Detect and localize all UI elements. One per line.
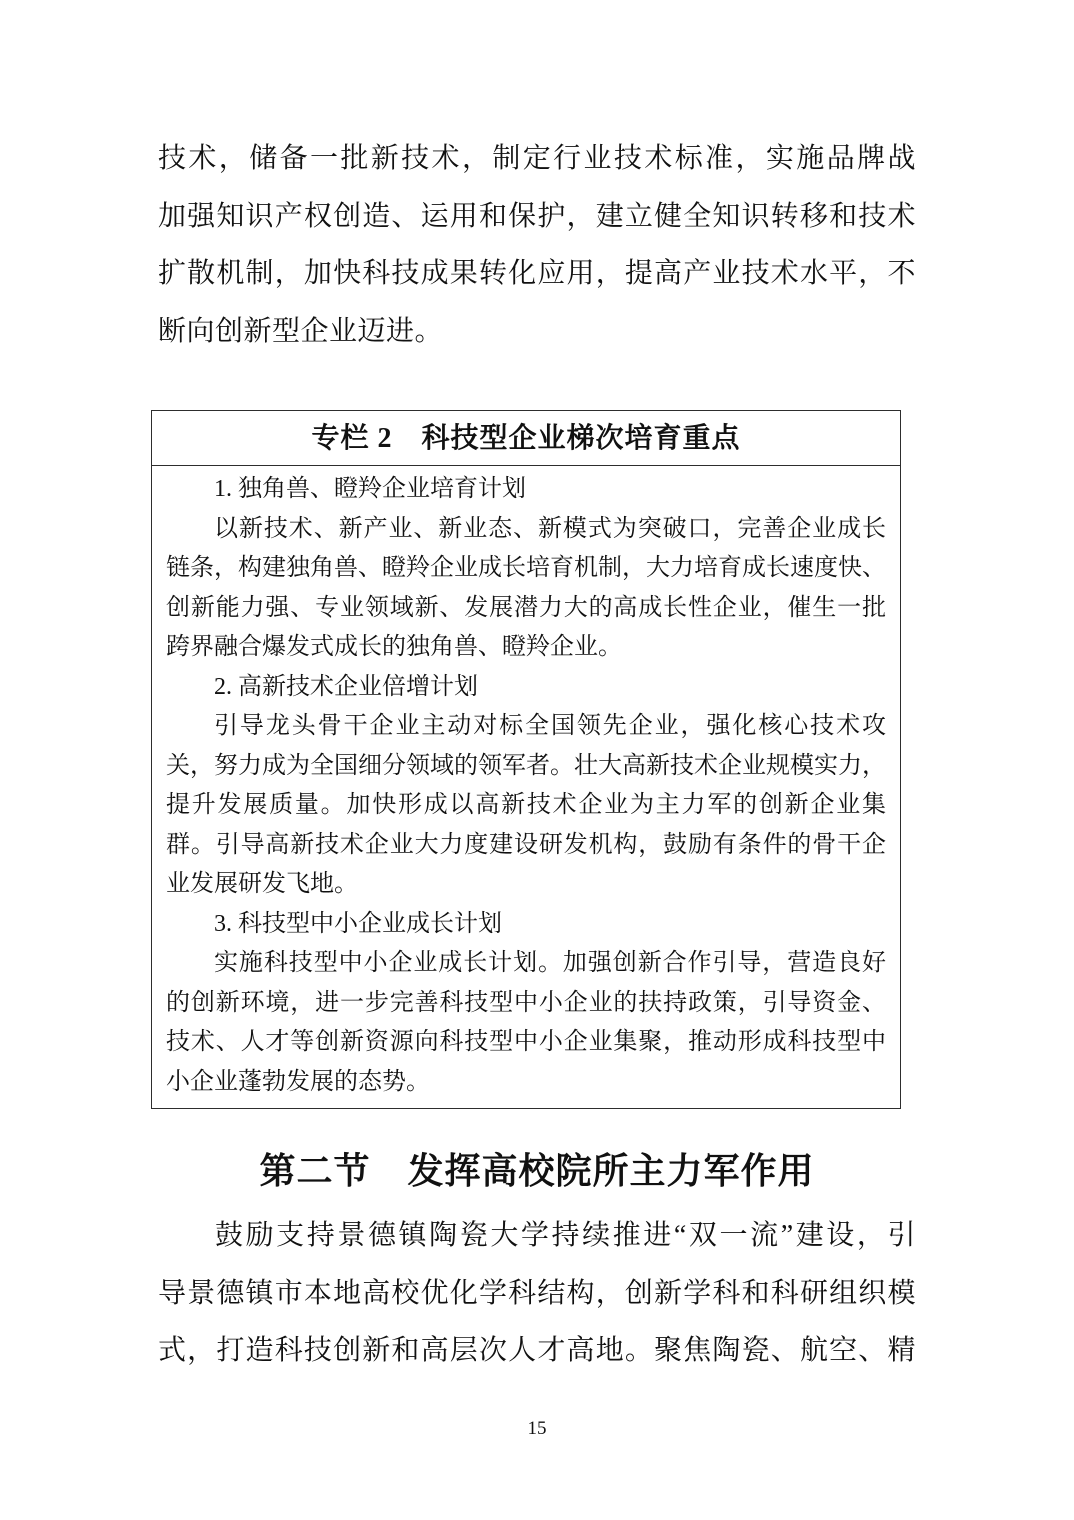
callout-box-title: 专栏 2 科技型企业梯次培育重点 — [152, 411, 900, 466]
callout-line: 以新技术、新产业、新业态、新模式为突破口，完善企业成长 — [166, 510, 886, 550]
callout-line: 跨界融合爆发式成长的独角兽、瞪羚企业。 — [166, 628, 886, 668]
callout-line: 业发展研发飞地。 — [166, 865, 886, 905]
page-number: 15 — [158, 1418, 916, 1440]
paragraph-line: 导景德镇市本地高校优化学科结构，创新学科和科研组织模 — [158, 1265, 916, 1323]
callout-item-heading: 1. 独角兽、瞪羚企业培育计划 — [166, 470, 886, 510]
paragraph-line: 断向创新型企业迈进。 — [158, 303, 916, 361]
callout-line: 关，努力成为全国细分领域的领军者。壮大高新技术企业规模实力， — [166, 747, 886, 787]
paragraph-line: 加强知识产权创造、运用和保护，建立健全知识转移和技术 — [158, 188, 916, 246]
paragraph-line: 式，打造科技创新和高层次人才高地。聚焦陶瓷、航空、精 — [158, 1322, 916, 1380]
callout-line: 的创新环境，进一步完善科技型中小企业的扶持政策，引导资金、 — [166, 984, 886, 1024]
callout-line: 群。引导高新技术企业大力度建设研发机构，鼓励有条件的骨干企 — [166, 826, 886, 866]
callout-line: 创新能力强、专业领域新、发展潜力大的高成长性企业，催生一批 — [166, 589, 886, 629]
page-content: 技术，储备一批新技术，制定行业技术标准，实施品牌战略， 加强知识产权创造、运用和… — [0, 0, 1074, 1440]
callout-line: 小企业蓬勃发展的态势。 — [166, 1063, 886, 1103]
paragraph-line: 技术，储备一批新技术，制定行业技术标准，实施品牌战略， — [158, 130, 916, 188]
document-page: 技术，储备一批新技术，制定行业技术标准，实施品牌战略， 加强知识产权创造、运用和… — [0, 0, 1074, 1520]
paragraph-line: 扩散机制，加快科技成果转化应用，提高产业技术水平，不 — [158, 245, 916, 303]
closing-paragraph: 鼓励支持景德镇陶瓷大学持续推进“双一流”建设，引 导景德镇市本地高校优化学科结构… — [158, 1207, 916, 1380]
callout-box: 专栏 2 科技型企业梯次培育重点 1. 独角兽、瞪羚企业培育计划 以新技术、新产… — [151, 410, 901, 1109]
callout-line: 引导龙头骨干企业主动对标全国领先企业，强化核心技术攻 — [166, 707, 886, 747]
callout-line: 技术、人才等创新资源向科技型中小企业集聚，推动形成科技型中 — [166, 1023, 886, 1063]
paragraph-line: 鼓励支持景德镇陶瓷大学持续推进“双一流”建设，引 — [158, 1207, 916, 1265]
callout-line: 实施科技型中小企业成长计划。加强创新合作引导，营造良好 — [166, 944, 886, 984]
intro-paragraph: 技术，储备一批新技术，制定行业技术标准，实施品牌战略， 加强知识产权创造、运用和… — [158, 0, 916, 360]
callout-line: 提升发展质量。加快形成以高新技术企业为主力军的创新企业集 — [166, 786, 886, 826]
section-heading: 第二节 发挥高校院所主力军作用 — [158, 1139, 916, 1203]
callout-item-heading: 2. 高新技术企业倍增计划 — [166, 668, 886, 708]
callout-box-body: 1. 独角兽、瞪羚企业培育计划 以新技术、新产业、新业态、新模式为突破口，完善企… — [152, 466, 900, 1108]
callout-item-heading: 3. 科技型中小企业成长计划 — [166, 905, 886, 945]
callout-line: 链条，构建独角兽、瞪羚企业成长培育机制，大力培育成长速度快、 — [166, 549, 886, 589]
